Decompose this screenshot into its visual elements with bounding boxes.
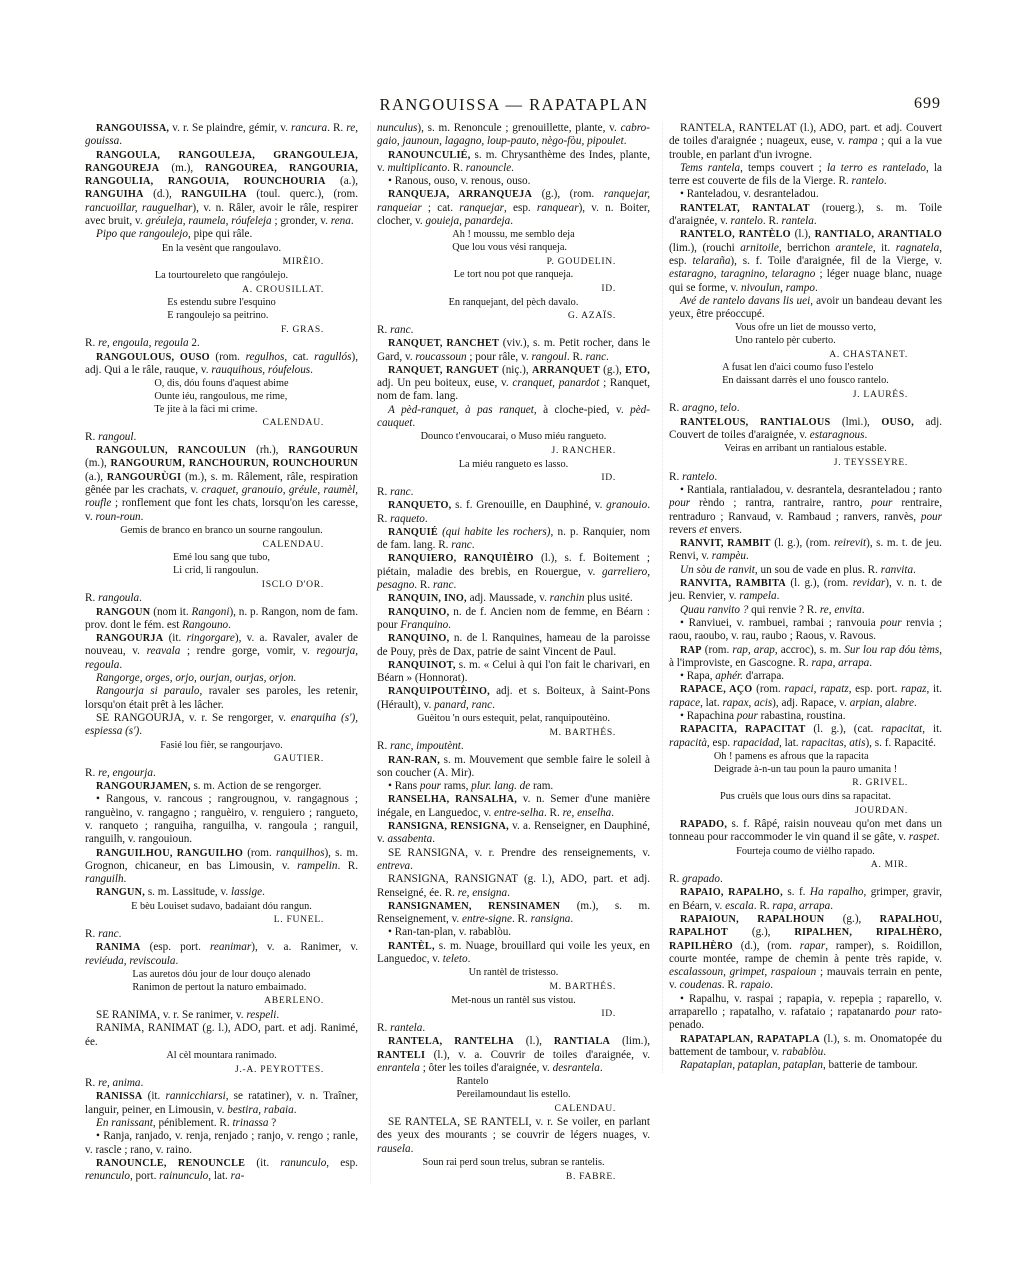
verse-line: Rantelo: [456, 1076, 570, 1089]
dictionary-entry: RANTELAT, RANTALAT (rouerg.), s. m. Toil…: [669, 202, 942, 229]
verse-line: Guèitou 'n ours estequit, pelat, ranquip…: [417, 713, 610, 726]
verse-line: La miéu rangueto es lasso.: [459, 459, 569, 472]
verse-quote: Al cèl mountara ranimado.: [166, 1050, 276, 1063]
verse-line: Soun rai perd soun trelus, subran se ran…: [422, 1157, 604, 1170]
dictionary-entry: R. ranc.: [377, 324, 650, 337]
dictionary-entry: Rangorge, orges, orjo, ourjan, ourjas, o…: [85, 672, 358, 685]
dictionary-entry: RANSIGNAMEN, RENSINAMEN (m.), s. m. Rens…: [377, 900, 650, 927]
verse-line: Vous ofre un liet de mousso verto,: [735, 322, 876, 335]
dictionary-entry: RANTELOUS, RANTIALOUS (lmi.), OUSO, adj.…: [669, 416, 942, 443]
quote-attribution: B. FABRE.: [377, 1171, 650, 1183]
verse-quote: Vous ofre un liet de mousso verto,Uno ra…: [735, 322, 876, 347]
dictionary-entry: SE RANGOURJA, v. r. Se rengorger, v. ena…: [85, 712, 358, 739]
dictionary-entry: RANVIT, RAMBIT (l. g.), (rom. reirevit),…: [669, 537, 942, 564]
dictionary-entry: Un sòu de ranvit, un sou de vade en plus…: [669, 564, 942, 577]
column-3: RANTELA, RANTELAT (l.), ADO, part. et ad…: [662, 122, 942, 1073]
quote-attribution: L. FUNEL.: [85, 914, 358, 926]
dictionary-entry: RANISSA (it. rannicchiarsi, se ratatiner…: [85, 1090, 358, 1117]
dictionary-entry: RANGOULA, RANGOULEJA, GRANGOULEJA, RANGO…: [85, 149, 358, 229]
quote-attribution: A. CROUSILLAT.: [85, 284, 358, 296]
quote-attribution: MIRÈIO.: [85, 256, 358, 268]
dictionary-entry: R. ranc, impoutènt.: [377, 740, 650, 753]
quote-attribution: F. GRAS.: [85, 324, 358, 336]
verse-line: Pus cruèls que lous ours dins sa rapacit…: [720, 791, 891, 804]
verse-quote: En ranquejant, del pèch davalo.: [449, 297, 579, 310]
dictionary-entry: RAP (rom. rap, arap, accroc), s. m. Sur …: [669, 644, 942, 671]
dictionary-entry: RANSIGNA, RENSIGNA, v. a. Renseigner, en…: [377, 820, 650, 847]
verse-line: Emé lou sang que tubo,: [173, 552, 270, 565]
dictionary-entry: • Rantiala, rantialadou, v. desrantela, …: [669, 484, 942, 537]
verse-line: Li crid, li rangoulun.: [173, 565, 270, 578]
verse-quote: E bèu Louiset sudavo, badaiant dóu rangu…: [131, 901, 312, 914]
verse-quote: La tourtoureleto que rangóulejo.: [155, 270, 288, 283]
dictionary-entry: R. ranc.: [377, 486, 650, 499]
dictionary-entry: RANTÈL, s. m. Nuage, brouillard qui voil…: [377, 940, 650, 967]
verse-quote: En la vesènt que rangoulavo.: [162, 243, 281, 256]
dictionary-entry: R. re, anima.: [85, 1077, 358, 1090]
dictionary-entry: RANGOURJAMEN, s. m. Action de se rengorg…: [85, 780, 358, 793]
dictionary-entry: Tems rantela, temps couvert ; la terro e…: [669, 162, 942, 189]
dictionary-entry: RANQUIN, INO, adj. Maussade, v. ranchin …: [377, 592, 650, 605]
verse-quote: Oh ! pamens es afrous que la rapacitaDei…: [714, 751, 897, 776]
verse-line: E rangoulejo sa peitrino.: [167, 310, 276, 323]
quote-attribution: ISCLO D'OR.: [85, 579, 358, 591]
verse-quote: Guèitou 'n ours estequit, pelat, ranquip…: [417, 713, 610, 726]
dictionary-entry: RANQUINO, n. de f. Ancien nom de femme, …: [377, 606, 650, 633]
verse-line: Uno rantelo pèr cuberto.: [735, 335, 876, 348]
quote-attribution: R. GRIVEL.: [669, 777, 942, 789]
verse-line: Veiras en arribant un rantialous estable…: [724, 443, 886, 456]
dictionary-entry: • Ran-tan-plan, v. rabablòu.: [377, 926, 650, 939]
verse-quote: O, dis, dóu founs d'aquest abimeOunte ié…: [154, 378, 288, 416]
verse-line: En ranquejant, del pèch davalo.: [449, 297, 579, 310]
dictionary-entry: • Ranous, ouso, v. renous, ouso.: [377, 175, 650, 188]
dictionary-entry: RANQUINOT, s. m. « Celui à qui l'on fait…: [377, 659, 650, 686]
verse-quote: Le tort nou pot que ranqueja.: [454, 269, 574, 282]
dictionary-entry: SE RANTELA, SE RANTELI, v. r. Se voiler,…: [377, 1116, 650, 1156]
verse-quote: La miéu rangueto es lasso.: [459, 459, 569, 472]
verse-line: Ah ! moussu, me semblo deja: [452, 229, 574, 242]
dictionary-entry: RAPAIOUN, RAPALHOUN (g.), RAPALHOU, RAPA…: [669, 913, 942, 993]
quote-attribution: CALENDAU.: [377, 1103, 650, 1115]
quote-attribution: J. RANCHER.: [377, 445, 650, 457]
dictionary-entry: RANTELA, RANTELAT (l.), ADO, part. et ad…: [669, 122, 942, 162]
verse-quote: Fasié lou fièr, se rangourjavo.: [160, 740, 283, 753]
dictionary-entry: RANOUNCLE, RENOUNCLE (it. ranunculo, esp…: [85, 1157, 358, 1184]
verse-quote: RanteloPereilamoundaut lis estello.: [456, 1076, 570, 1101]
dictionary-entry: SE RANSIGNA, v. r. Prendre des renseigne…: [377, 847, 650, 874]
dictionary-entry: RANQUIERO, RANQUIÈIRO (l.), s. f. Boitem…: [377, 552, 650, 592]
column-1: RANGOUISSA, v. r. Se plaindre, gémir, v.…: [85, 122, 358, 1184]
verse-line: Dounco t'envoucarai, o Muso miéu ranguet…: [421, 431, 607, 444]
quote-attribution: JOURDAN.: [669, 805, 942, 817]
dictionary-entry: RANOUNCULIÉ, s. m. Chrysanthème des Inde…: [377, 149, 650, 176]
dictionary-entry: RAPAIO, RAPALHO, s. f. Ha rapalho, grimp…: [669, 886, 942, 913]
dictionary-entry: R. aragno, telo.: [669, 402, 942, 415]
dictionary-entry: RAN-RAN, s. m. Mouvement que semble fair…: [377, 754, 650, 781]
quote-attribution: A. CHASTANET.: [669, 349, 942, 361]
dictionary-entry: • Ranviuei, v. rambuei, rambai ; ranvoui…: [669, 617, 942, 644]
verse-line: Es estendu subre l'esquino: [167, 297, 276, 310]
dictionary-entry: RAPACITA, RAPACITAT (l. g.), (cat. rapac…: [669, 723, 942, 750]
verse-line: Le tort nou pot que ranqueja.: [454, 269, 574, 282]
dictionary-entry: RANQUIÉ (qui habite les rochers), n. p. …: [377, 526, 650, 553]
text-columns: RANGOUISSA, v. r. Se plaindre, gémir, v.…: [85, 122, 943, 1184]
dictionary-entry: RANQUETO, s. f. Grenouille, en Dauphiné,…: [377, 499, 650, 526]
verse-line: Un rantèl de tristesso.: [469, 967, 559, 980]
dictionary-entry: RANIMA (esp. port. reanimar), v. a. Rani…: [85, 941, 358, 968]
verse-quote: Las auretos dóu jour de lour douço alena…: [132, 969, 310, 994]
verse-line: E bèu Louiset sudavo, badaiant dóu rangu…: [131, 901, 312, 914]
verse-line: En la vesènt que rangoulavo.: [162, 243, 281, 256]
dictionary-entry: R. grapado.: [669, 873, 942, 886]
verse-line: Ounte iéu, rangoulous, me rime,: [154, 391, 288, 404]
verse-quote: Met-nous un rantèl sus vistou.: [451, 995, 575, 1008]
verse-quote: Veiras en arribant un rantialous estable…: [724, 443, 886, 456]
verse-line: A fusat len d'aici coumo fuso l'estelo: [722, 362, 889, 375]
dictionary-entry: nunculus), s. m. Renoncule ; grenouillet…: [377, 122, 650, 149]
verse-line: Gemis de branco en branco un sourne rang…: [120, 525, 322, 538]
quote-attribution: G. AZAÏS.: [377, 310, 650, 322]
dictionary-entry: RANIMA, RANIMAT (g. l.), ADO, part. et a…: [85, 1022, 358, 1049]
quote-attribution: ID.: [377, 472, 650, 484]
scanned-dictionary-page: RANGOUISSA — RAPATAPLAN 699 RANGOUISSA, …: [0, 0, 1024, 1280]
verse-quote: Soun rai perd soun trelus, subran se ran…: [422, 1157, 604, 1170]
dictionary-entry: A pèd-ranquet, à pas ranquet, à cloche-p…: [377, 404, 650, 431]
dictionary-entry: RANTELA, RANTELHA (l.), RANTIALA (lim.),…: [377, 1035, 650, 1075]
verse-line: En daissant darrès el uno fousco rantelo…: [722, 375, 889, 388]
quote-attribution: ABERLENO.: [85, 995, 358, 1007]
dictionary-entry: RANGOUISSA, v. r. Se plaindre, gémir, v.…: [85, 122, 358, 149]
dictionary-entry: R. rantela.: [377, 1022, 650, 1035]
verse-line: Las auretos dóu jour de lour douço alena…: [132, 969, 310, 982]
dictionary-entry: R. rangoula.: [85, 592, 358, 605]
verse-quote: Dounco t'envoucarai, o Muso miéu ranguet…: [421, 431, 607, 444]
verse-line: Fasié lou fièr, se rangourjavo.: [160, 740, 283, 753]
quote-attribution: CALENDAU.: [85, 417, 358, 429]
verse-quote: A fusat len d'aici coumo fuso l'esteloEn…: [722, 362, 889, 387]
dictionary-entry: Rapataplan, pataplan, pataplan, batterie…: [669, 1059, 942, 1072]
dictionary-entry: • Rapachina pour rabastina, roustina.: [669, 710, 942, 723]
verse-quote: Ah ! moussu, me semblo dejaQue lou vous …: [452, 229, 574, 254]
dictionary-entry: Rangourja si paraulo, ravaler ses parole…: [85, 685, 358, 712]
verse-quote: Es estendu subre l'esquinoE rangoulejo s…: [167, 297, 276, 322]
dictionary-entry: RANQUEJA, ARRANQUEJA (g.), (rom. ranquej…: [377, 188, 650, 228]
verse-line: Te jite à la fàci mi crime.: [154, 404, 288, 417]
quote-attribution: J.-A. PEYROTTES.: [85, 1064, 358, 1076]
verse-quote: Pus cruèls que lous ours dins sa rapacit…: [720, 791, 891, 804]
dictionary-entry: RAPADO, s. f. Râpé, raisin nouveau qu'on…: [669, 818, 942, 845]
page-header: RANGOUISSA — RAPATAPLAN 699: [85, 95, 943, 117]
dictionary-entry: RANSELHA, RANSALHA, v. n. Semer d'une ma…: [377, 793, 650, 820]
verse-line: Al cèl mountara ranimado.: [166, 1050, 276, 1063]
dictionary-entry: • Ranteladou, v. desranteladou.: [669, 188, 942, 201]
column-2: nunculus), s. m. Renoncule ; grenouillet…: [370, 122, 650, 1184]
dictionary-entry: RANGOULUN, RANCOULUN (rh.), RANGOURUN (m…: [85, 444, 358, 524]
dictionary-entry: • Rans pour rams, plur. lang. de ram.: [377, 780, 650, 793]
dictionary-entry: RAPATAPLAN, RAPATAPLA (l.), s. m. Onomat…: [669, 1033, 942, 1060]
quote-attribution: M. BARTHÉS.: [377, 981, 650, 993]
verse-quote: Gemis de branco en branco un sourne rang…: [120, 525, 322, 538]
quote-attribution: CALENDAU.: [85, 539, 358, 551]
verse-line: Met-nous un rantèl sus vistou.: [451, 995, 575, 1008]
quote-attribution: A. MIR.: [669, 859, 942, 871]
verse-line: La tourtoureleto que rangóulejo.: [155, 270, 288, 283]
verse-line: O, dis, dóu founs d'aquest abime: [154, 378, 288, 391]
dictionary-entry: Avé de rantelo davans lis uei, avoir un …: [669, 295, 942, 322]
dictionary-entry: RAPACE, AÇO (rom. rapaci, rapatz, esp. p…: [669, 683, 942, 710]
dictionary-entry: RANQUIPOUTÈINO, adj. et s. Boiteux, à Sa…: [377, 685, 650, 712]
dictionary-entry: RANVITA, RAMBITA (l. g.), (rom. revidar)…: [669, 577, 942, 604]
dictionary-entry: R. rantelo.: [669, 471, 942, 484]
verse-line: Fourteja coumo de vièlho rapado.: [736, 846, 875, 859]
dictionary-entry: • Rangous, v. rancous ; rangrougnou, v. …: [85, 793, 358, 846]
dictionary-entry: • Rapa, aphér. d'arrapa.: [669, 670, 942, 683]
dictionary-entry: • Rapalhu, v. raspai ; rapapia, v. repep…: [669, 993, 942, 1033]
verse-quote: Emé lou sang que tubo,Li crid, li rangou…: [173, 552, 270, 577]
verse-line: Que lou vous vési ranqueja.: [452, 242, 574, 255]
dictionary-entry: R. re, engourja.: [85, 767, 358, 780]
verse-line: Deigrade à-n-un tau poun la pauro umanit…: [714, 764, 897, 777]
dictionary-entry: RANGOURJA (it. ringorgare), v. a. Ravale…: [85, 632, 358, 672]
dictionary-entry: R. rangoul.: [85, 431, 358, 444]
verse-line: Ranimon de pertout la naturo embaimado.: [132, 982, 310, 995]
page-number: 699: [914, 95, 941, 113]
dictionary-entry: RANTELO, RANTÈLO (l.), RANTIALO, ARANTIA…: [669, 228, 942, 294]
dictionary-entry: SE RANIMA, v. r. Se ranimer, v. respeli.: [85, 1009, 358, 1022]
dictionary-entry: RANQUINO, n. de l. Ranquines, hameau de …: [377, 632, 650, 659]
dictionary-entry: RANQUET, RANCHET (viv.), s. m. Petit roc…: [377, 337, 650, 364]
dictionary-entry: RANGUILHOU, RANGUILHO (rom. ranquilhos),…: [85, 847, 358, 887]
dictionary-entry: RANSIGNA, RANSIGNAT (g. l.), ADO, part. …: [377, 873, 650, 900]
dictionary-entry: Pipo que rangoulejo, pipe qui râle.: [85, 228, 358, 241]
verse-quote: Fourteja coumo de vièlho rapado.: [736, 846, 875, 859]
running-title: RANGOUISSA — RAPATAPLAN: [85, 95, 943, 115]
dictionary-entry: RANQUET, RANGUET (niç.), ARRANQUET (g.),…: [377, 364, 650, 404]
quote-attribution: M. BARTHÉS.: [377, 727, 650, 739]
verse-quote: Un rantèl de tristesso.: [469, 967, 559, 980]
dictionary-entry: RANGOUN (nom it. Rangoni), n. p. Rangon,…: [85, 606, 358, 633]
dictionary-entry: • Ranja, ranjado, v. renja, renjado ; ra…: [85, 1130, 358, 1157]
dictionary-entry: RANGOULOUS, OUSO (rom. regulhos, cat. ra…: [85, 351, 358, 378]
quote-attribution: GAUTIER.: [85, 753, 358, 765]
verse-line: Oh ! pamens es afrous que la rapacita: [714, 751, 897, 764]
verse-line: Pereilamoundaut lis estello.: [456, 1089, 570, 1102]
quote-attribution: J. LAURÉS.: [669, 389, 942, 401]
quote-attribution: ID.: [377, 1008, 650, 1020]
quote-attribution: ID.: [377, 283, 650, 295]
dictionary-entry: R. ranc.: [85, 928, 358, 941]
dictionary-entry: En ranissant, péniblement. R. trinassa ?: [85, 1117, 358, 1130]
quote-attribution: J. TEYSSEYRE.: [669, 457, 942, 469]
dictionary-entry: RANGUN, s. m. Lassitude, v. lassige.: [85, 886, 358, 899]
dictionary-entry: Quau ranvito ? qui renvie ? R. re, envit…: [669, 604, 942, 617]
dictionary-entry: R. re, engoula, regoula 2.: [85, 337, 358, 350]
quote-attribution: P. GOUDELIN.: [377, 256, 650, 268]
